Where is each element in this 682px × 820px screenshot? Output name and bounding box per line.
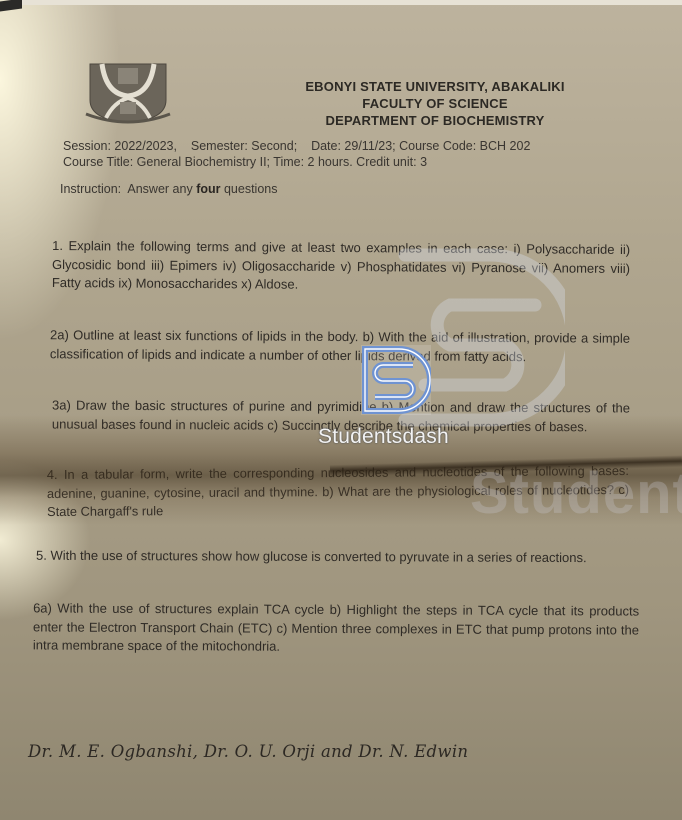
question-5: 5. With the use of structures show how g… bbox=[36, 547, 636, 568]
university-name: EBONYI STATE UNIVERSITY, ABAKALIKI bbox=[230, 78, 640, 95]
instruction-prefix: Instruction: Answer any bbox=[60, 182, 196, 196]
question-3: 3a) Draw the basic structures of purine … bbox=[52, 396, 630, 436]
instruction-count: four bbox=[196, 182, 220, 196]
faculty-name: FACULTY OF SCIENCE bbox=[230, 95, 640, 112]
instruction: Instruction: Answer any four questions bbox=[60, 182, 277, 196]
exam-paper: EBONYI STATE UNIVERSITY, ABAKALIKI FACUL… bbox=[0, 0, 682, 820]
question-2: 2a) Outline at least six functions of li… bbox=[50, 326, 630, 367]
department-name: DEPARTMENT OF BIOCHEMISTRY bbox=[230, 112, 640, 129]
exam-details: Session: 2022/2023, Semester: Second; Da… bbox=[63, 138, 530, 170]
institution-header: EBONYI STATE UNIVERSITY, ABAKALIKI FACUL… bbox=[230, 78, 640, 129]
question-1: 1. Explain the following terms and give … bbox=[52, 237, 630, 297]
examiners-signature: Dr. M. E. Ogbanshi, Dr. O. U. Orji and D… bbox=[28, 742, 468, 761]
instruction-suffix: questions bbox=[221, 182, 278, 196]
course-title-line: Course Title: General Biochemistry II; T… bbox=[63, 154, 530, 170]
session-line: Session: 2022/2023, Semester: Second; Da… bbox=[63, 138, 530, 154]
question-6: 6a) With the use of structures explain T… bbox=[33, 599, 639, 658]
university-crest-icon bbox=[84, 60, 172, 126]
